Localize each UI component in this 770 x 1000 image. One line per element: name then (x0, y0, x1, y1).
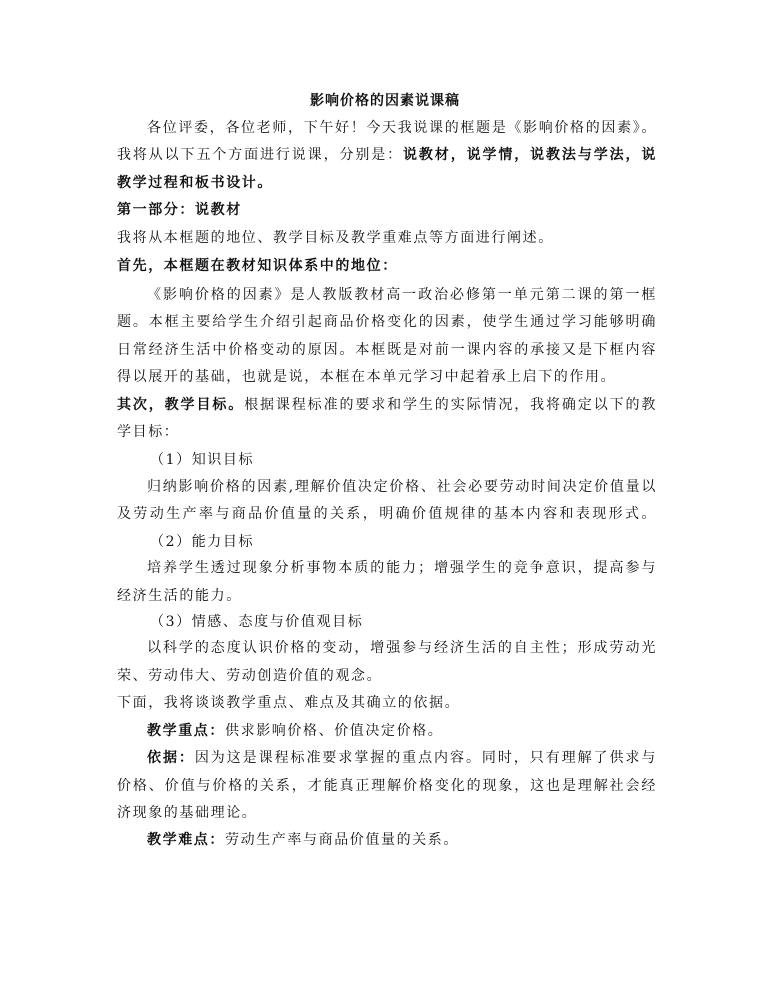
bold-text-run: 教学难点： (147, 832, 225, 848)
bold-text-run: 教学重点： (147, 723, 225, 739)
text-run: 因为这是课程标准要求掌握的重点内容。同时，只有理解了供求与 (195, 750, 657, 766)
paragraph-line: 其次，教学目标。根据课程标准的要求和学生的实际情况，我将确定以下的教 (117, 395, 657, 415)
bold-text-run: 其次，教学目标。 (117, 397, 244, 413)
list-heading: （3）情感、态度与价值观目标 (117, 612, 657, 632)
paragraph-line: 日常经济生活中价格变动的原因。本框既是对前一课内容的承接又是下框内容 (117, 340, 657, 360)
paragraph-line: 我将从以下五个方面进行说课，分别是：说教材，说学情，说教法与学法，说 (117, 145, 657, 165)
paragraph-line: 得以展开的基础，也就是说，本框在本单元学习中起着承上启下的作用。 (117, 367, 657, 387)
paragraph-line: 及劳动生产率与商品价值量的关系，明确价值规律的基本内容和表现形式。 (117, 504, 657, 524)
paragraph-line: 学目标： (117, 422, 657, 442)
paragraph-line: 荣、劳动伟大、劳动创造价值的观念。 (117, 666, 657, 686)
section-heading: 第一部分：说教材 (117, 200, 657, 220)
paragraph-line: 以科学的态度认识价格的变动，增强参与经济生活的自主性；形成劳动光 (117, 638, 657, 658)
paragraph-line: 《影响价格的因素》是人教版教材高一政治必修第一单元第二课的第一框 (117, 285, 657, 305)
bold-text-run: 依据： (147, 750, 195, 766)
paragraph-line: 各位评委，各位老师，下午好！今天我说课的框题是《影响价格的因素》。 (117, 118, 657, 138)
list-heading: （1）知识目标 (117, 450, 657, 470)
paragraph-line: 教学过程和板书设计。 (117, 173, 657, 193)
paragraph-line: 题。本框主要给学生介绍引起商品价格变化的因素，使学生通过学习能够明确 (117, 312, 657, 332)
subsection-heading: 首先，本框题在教材知识体系中的地位： (117, 256, 657, 276)
bold-text-run: 说教材，说学情，说教法与学法，说 (403, 147, 657, 163)
paragraph-line: 我将从本框题的地位、教学目标及教学重难点等方面进行阐述。 (117, 228, 657, 248)
text-run: 根据课程标准的要求和学生的实际情况，我将确定以下的教 (244, 397, 657, 413)
document-title: 影响价格的因素说课稿 (0, 91, 770, 111)
paragraph-line: 依据：因为这是课程标准要求掌握的重点内容。同时，只有理解了供求与 (117, 748, 657, 768)
paragraph-line: 价格、价值与价格的关系，才能真正理解价格变化的现象，这也是理解社会经 (117, 776, 657, 796)
text-run: 劳动生产率与商品价值量的关系。 (225, 832, 459, 848)
text-run: 供求影响价格、价值决定价格。 (225, 723, 443, 739)
list-heading: （2）能力目标 (117, 532, 657, 552)
document-page: 影响价格的因素说课稿 各位评委，各位老师，下午好！今天我说课的框题是《影响价格的… (0, 0, 770, 1000)
paragraph-line: 教学重点：供求影响价格、价值决定价格。 (117, 721, 657, 741)
paragraph-line: 下面，我将谈谈教学重点、难点及其确立的依据。 (117, 693, 657, 713)
paragraph-line: 济现象的基础理论。 (117, 803, 657, 823)
text-run: 我将从以下五个方面进行说课，分别是： (117, 147, 403, 163)
paragraph-line: 归纳影响价格的因素,理解价值决定价格、社会必要劳动时间决定价值量以 (117, 477, 657, 497)
paragraph-line: 经济生活的能力。 (117, 586, 657, 606)
paragraph-line: 培养学生透过现象分析事物本质的能力；增强学生的竞争意识，提高参与 (117, 558, 657, 578)
paragraph-line: 教学难点：劳动生产率与商品价值量的关系。 (117, 830, 657, 850)
